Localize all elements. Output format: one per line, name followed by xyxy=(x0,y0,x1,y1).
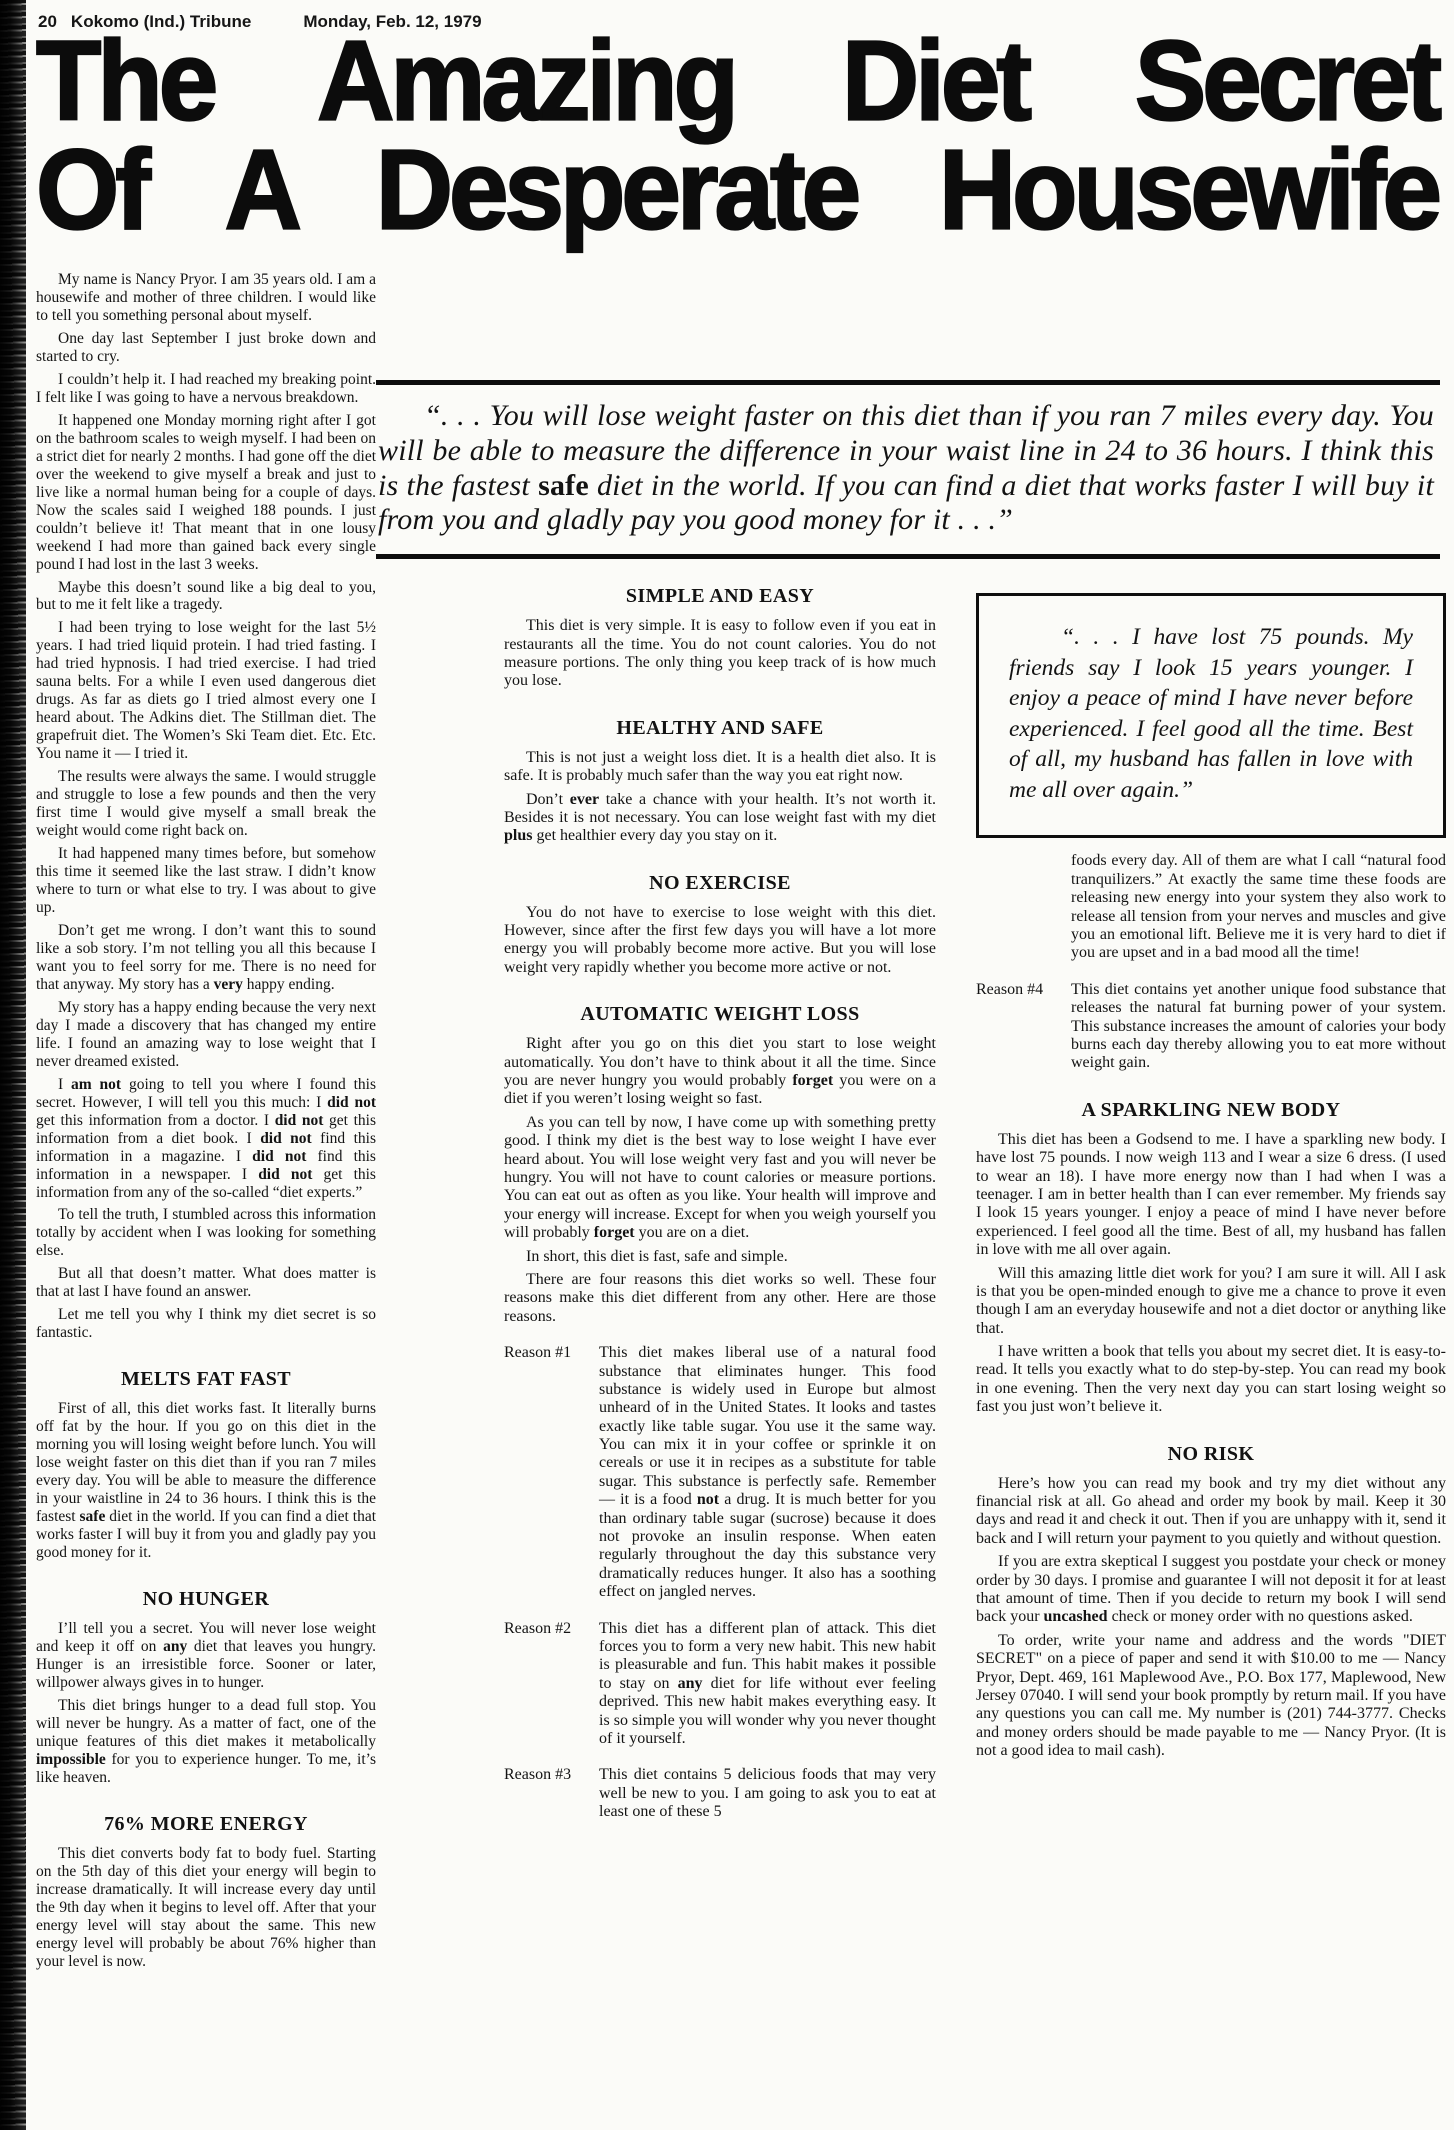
pull-quote: “. . . You will lose weight faster on th… xyxy=(376,380,1440,559)
paragraph: But all that doesn’t matter. What does m… xyxy=(36,1265,376,1301)
reason-text: This diet contains yet another unique fo… xyxy=(1071,981,1446,1073)
section-heading: SIMPLE AND EASY xyxy=(504,585,936,608)
paragraph: To tell the truth, I stumbled across thi… xyxy=(36,1206,376,1260)
paragraph: This diet converts body fat to body fuel… xyxy=(36,1845,376,1971)
paragraph: I am not going to tell you where I found… xyxy=(36,1076,376,1202)
testimonial-text: “. . . I have lost 75 pounds. My friends… xyxy=(1009,622,1413,805)
section-heading: NO HUNGER xyxy=(36,1588,376,1611)
paragraph: This is not just a weight loss diet. It … xyxy=(504,749,936,786)
paragraph: If you are extra skeptical I suggest you… xyxy=(976,1553,1446,1627)
paragraph: Here’s how you can read my book and try … xyxy=(976,1475,1446,1549)
right-area: “. . . You will lose weight faster on th… xyxy=(376,250,1440,2130)
paragraph: Right after you go on this diet you star… xyxy=(504,1035,936,1109)
paragraph: This diet brings hunger to a dead full s… xyxy=(36,1697,376,1787)
paragraph: There are four reasons this diet works s… xyxy=(504,1271,936,1326)
reason-text: This diet has a different plan of attack… xyxy=(599,1620,936,1749)
headline: The Amazing Diet Secret Of A Desperate H… xyxy=(36,26,1438,244)
column-middle: SIMPLE AND EASYThis diet is very simple.… xyxy=(504,559,936,1839)
paragraph: As you can tell by now, I have come up w… xyxy=(504,1114,936,1243)
scan-film-edge xyxy=(0,0,26,2130)
reason-label: Reason #1 xyxy=(504,1344,599,1601)
column-right: “. . . I have lost 75 pounds. My friends… xyxy=(976,559,1446,1839)
paragraph: This diet is very simple. It is easy to … xyxy=(504,617,936,691)
paragraph: Will this amazing little diet work for y… xyxy=(976,1265,1446,1339)
reason-text: This diet makes liberal use of a natural… xyxy=(599,1344,936,1601)
paragraph: Let me tell you why I think my diet secr… xyxy=(36,1306,376,1342)
pull-quote-text: “. . . You will lose weight faster on th… xyxy=(378,399,1434,538)
headline-line-2: Of A Desperate Housewife xyxy=(36,135,1438,244)
reason-item: Reason #1This diet makes liberal use of … xyxy=(504,1344,936,1601)
paragraph: My story has a happy ending because the … xyxy=(36,999,376,1071)
reason-label: Reason #3 xyxy=(504,1766,599,1821)
column-left: My name is Nancy Pryor. I am 35 years ol… xyxy=(36,250,376,2130)
paragraph: Don’t get me wrong. I don’t want this to… xyxy=(36,922,376,994)
reason-item: Reason #4This diet contains yet another … xyxy=(976,981,1446,1073)
paragraph: It happened one Monday morning right aft… xyxy=(36,412,376,574)
paragraph: I have written a book that tells you abo… xyxy=(976,1343,1446,1417)
paragraph: This diet has been a Godsend to me. I ha… xyxy=(976,1131,1446,1260)
paragraph: I couldn’t help it. I had reached my bre… xyxy=(36,371,376,407)
paragraph: I’ll tell you a secret. You will never l… xyxy=(36,1620,376,1692)
paragraph: You do not have to exercise to lose weig… xyxy=(504,904,936,978)
reason-item: Reason #2This diet has a different plan … xyxy=(504,1620,936,1749)
paragraph: One day last September I just broke down… xyxy=(36,330,376,366)
section-heading: NO RISK xyxy=(976,1443,1446,1466)
reason-label: Reason #2 xyxy=(504,1620,599,1749)
section-heading: A SPARKLING NEW BODY xyxy=(976,1099,1446,1122)
paragraph: To order, write your name and address an… xyxy=(976,1632,1446,1761)
reason-label: Reason #4 xyxy=(976,981,1071,1073)
reason-text: This diet contains 5 delicious foods tha… xyxy=(599,1766,936,1821)
section-heading: AUTOMATIC WEIGHT LOSS xyxy=(504,1003,936,1026)
newspaper-page: 20 Kokomo (Ind.) Tribune Monday, Feb. 12… xyxy=(0,0,1454,2130)
headline-line-1: The Amazing Diet Secret xyxy=(36,26,1438,135)
sub-columns: SIMPLE AND EASYThis diet is very simple.… xyxy=(376,559,1440,1839)
paragraph: The results were always the same. I woul… xyxy=(36,768,376,840)
section-heading: HEALTHY AND SAFE xyxy=(504,717,936,740)
paragraph: In short, this diet is fast, safe and si… xyxy=(504,1248,936,1266)
section-heading: MELTS FAT FAST xyxy=(36,1368,376,1391)
section-heading: NO EXERCISE xyxy=(504,872,936,895)
section-heading: 76% MORE ENERGY xyxy=(36,1813,376,1836)
reason-item: Reason #3This diet contains 5 delicious … xyxy=(504,1766,936,1821)
paragraph: Don’t ever take a chance with your healt… xyxy=(504,791,936,846)
paragraph: First of all, this diet works fast. It l… xyxy=(36,1400,376,1562)
paragraph: My name is Nancy Pryor. I am 35 years ol… xyxy=(36,271,376,325)
testimonial-box: “. . . I have lost 75 pounds. My friends… xyxy=(976,593,1446,838)
paragraph: foods every day. All of them are what I … xyxy=(1071,852,1446,962)
article-body: My name is Nancy Pryor. I am 35 years ol… xyxy=(36,250,1440,2130)
paragraph: I had been trying to lose weight for the… xyxy=(36,619,376,763)
paragraph: Maybe this doesn’t sound like a big deal… xyxy=(36,579,376,615)
paragraph: It had happened many times before, but s… xyxy=(36,845,376,917)
